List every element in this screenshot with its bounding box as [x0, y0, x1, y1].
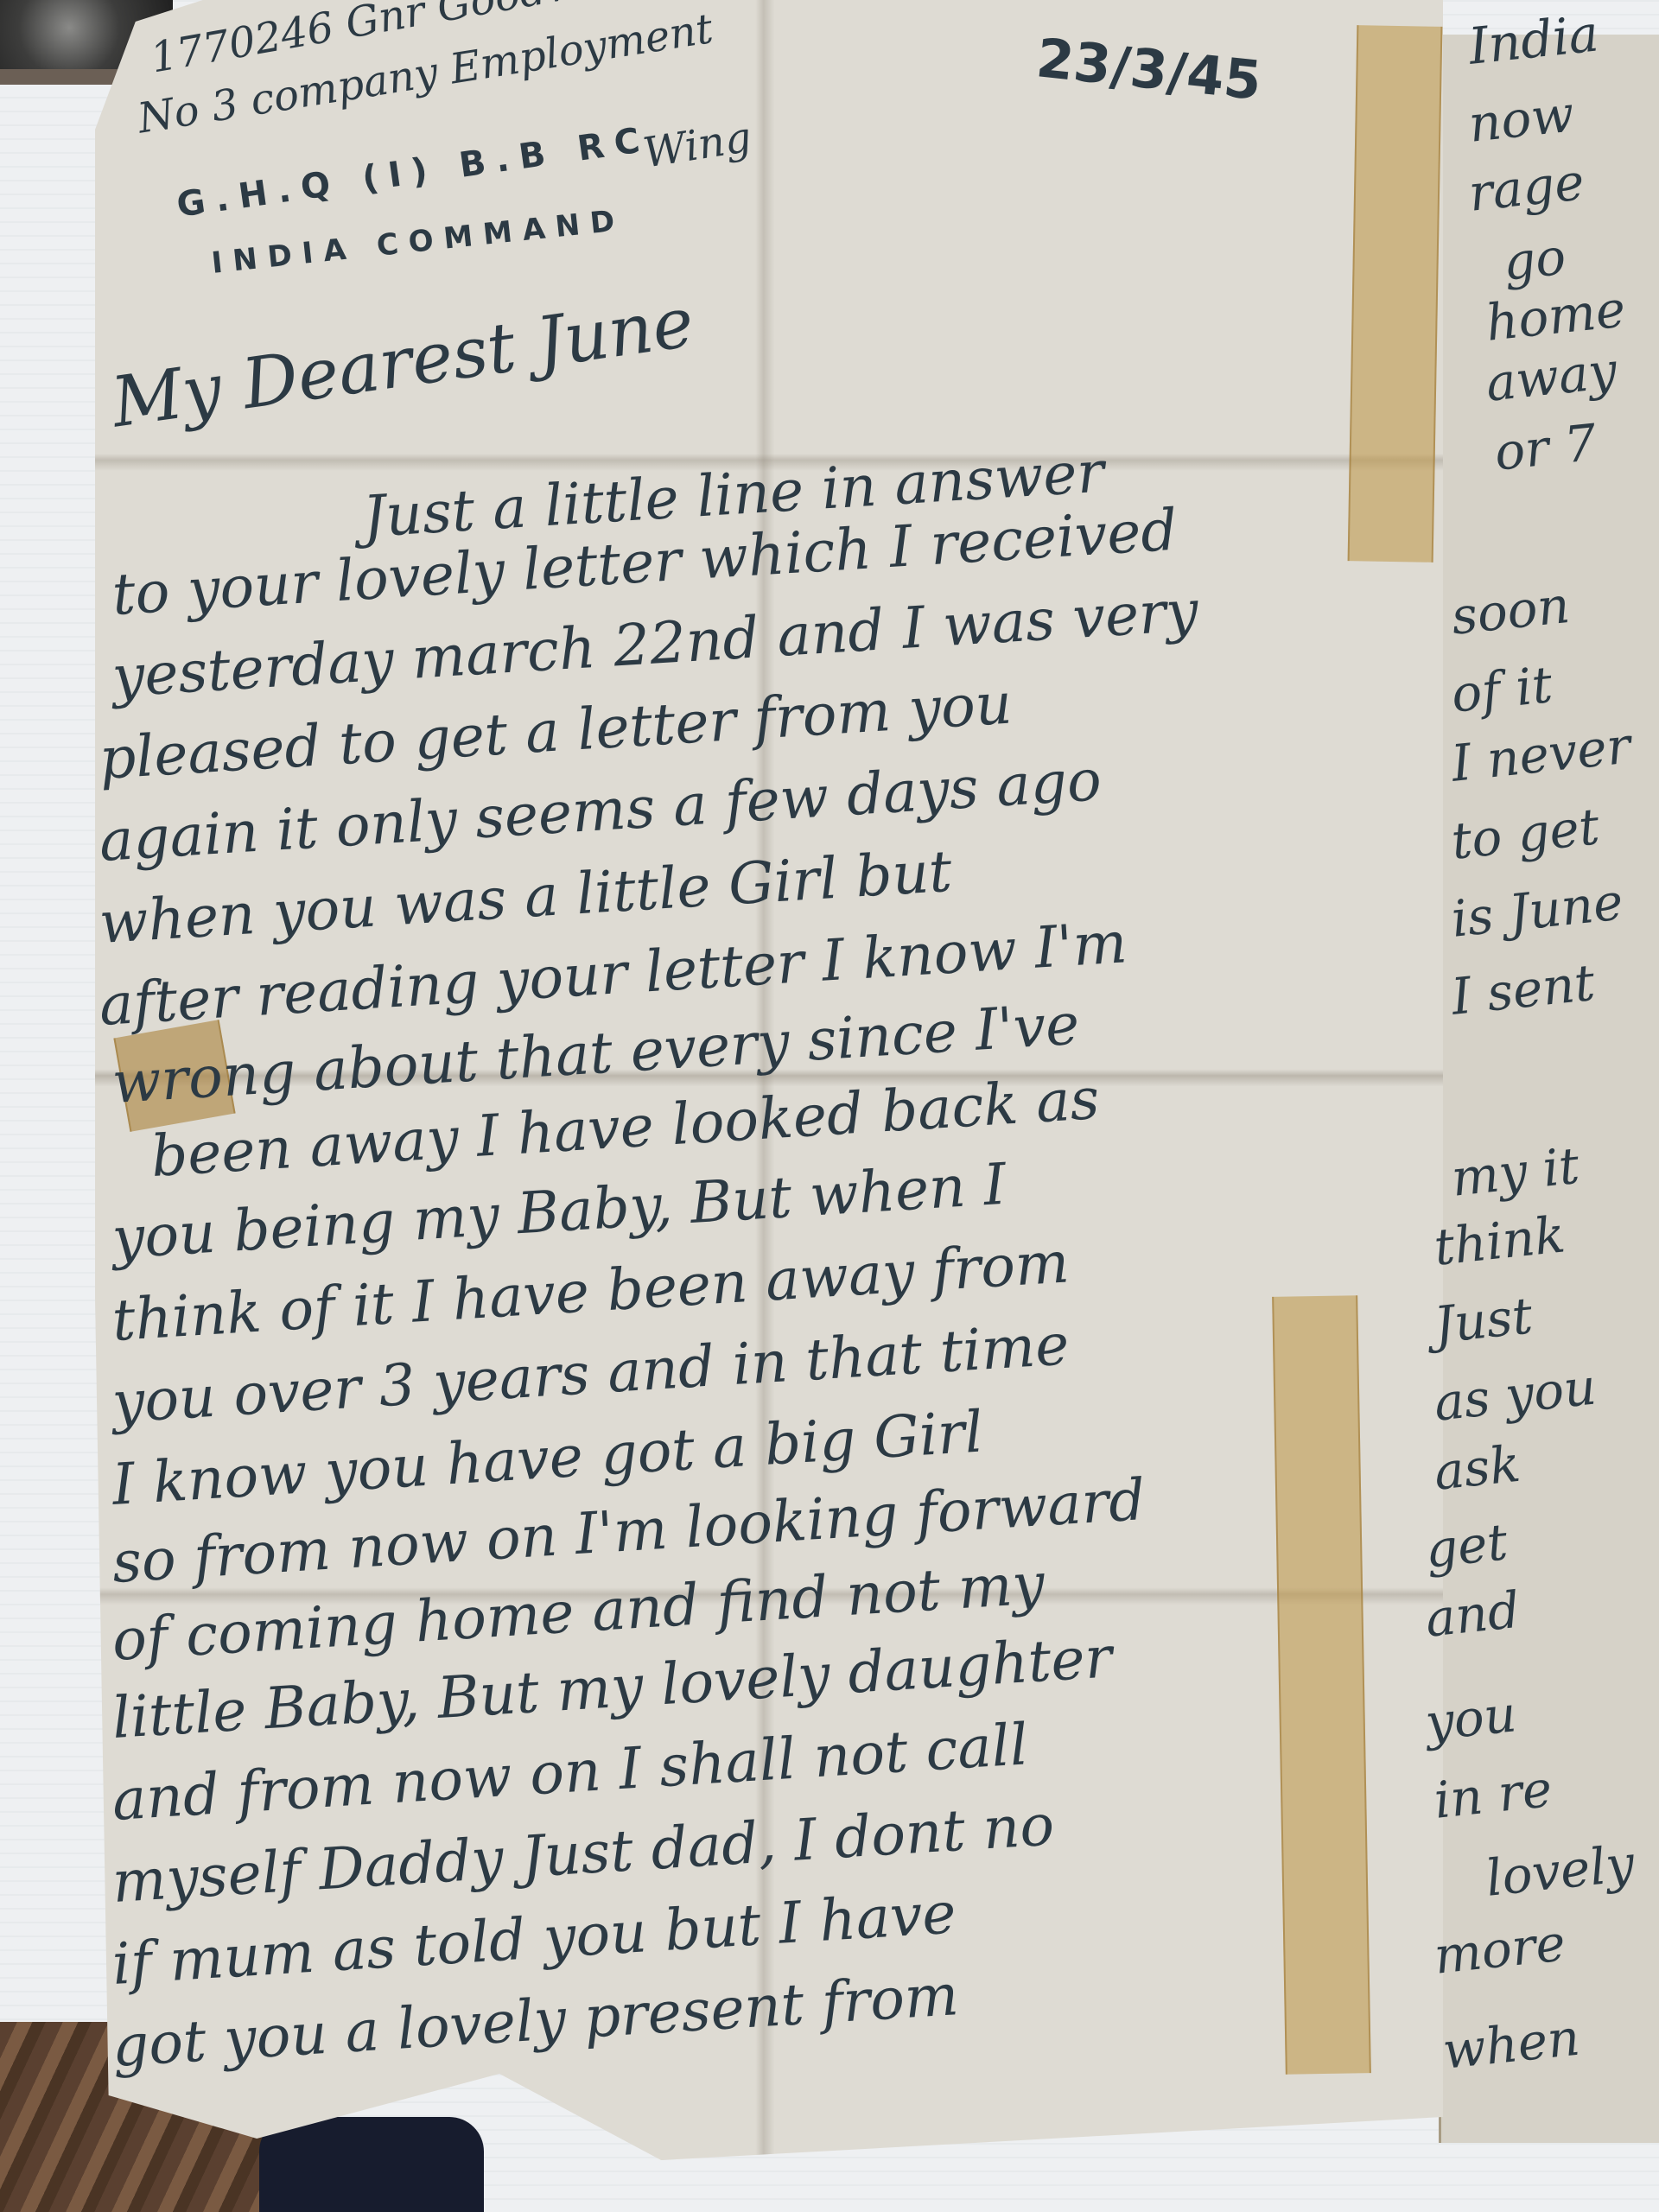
dark-fabric	[259, 2117, 484, 2212]
fragment-text: go	[1500, 227, 1568, 292]
fragment-text: in re	[1431, 1759, 1554, 1830]
fragment-text: get	[1422, 1512, 1510, 1580]
fragment-text: ask	[1431, 1434, 1522, 1502]
sticky-tape-bottom	[1272, 1295, 1371, 2075]
fragment-text: you	[1422, 1684, 1519, 1752]
fragment-text: or 7	[1491, 413, 1599, 482]
sticky-tape-top	[1348, 25, 1443, 563]
fragment-text: and	[1422, 1580, 1522, 1649]
fragment-text: now	[1465, 84, 1576, 153]
fragment-text: rage	[1465, 152, 1586, 223]
fragment-text: of it	[1448, 655, 1554, 724]
fragment-text: soon	[1448, 575, 1572, 646]
fragment-text: Just	[1431, 1286, 1535, 1355]
